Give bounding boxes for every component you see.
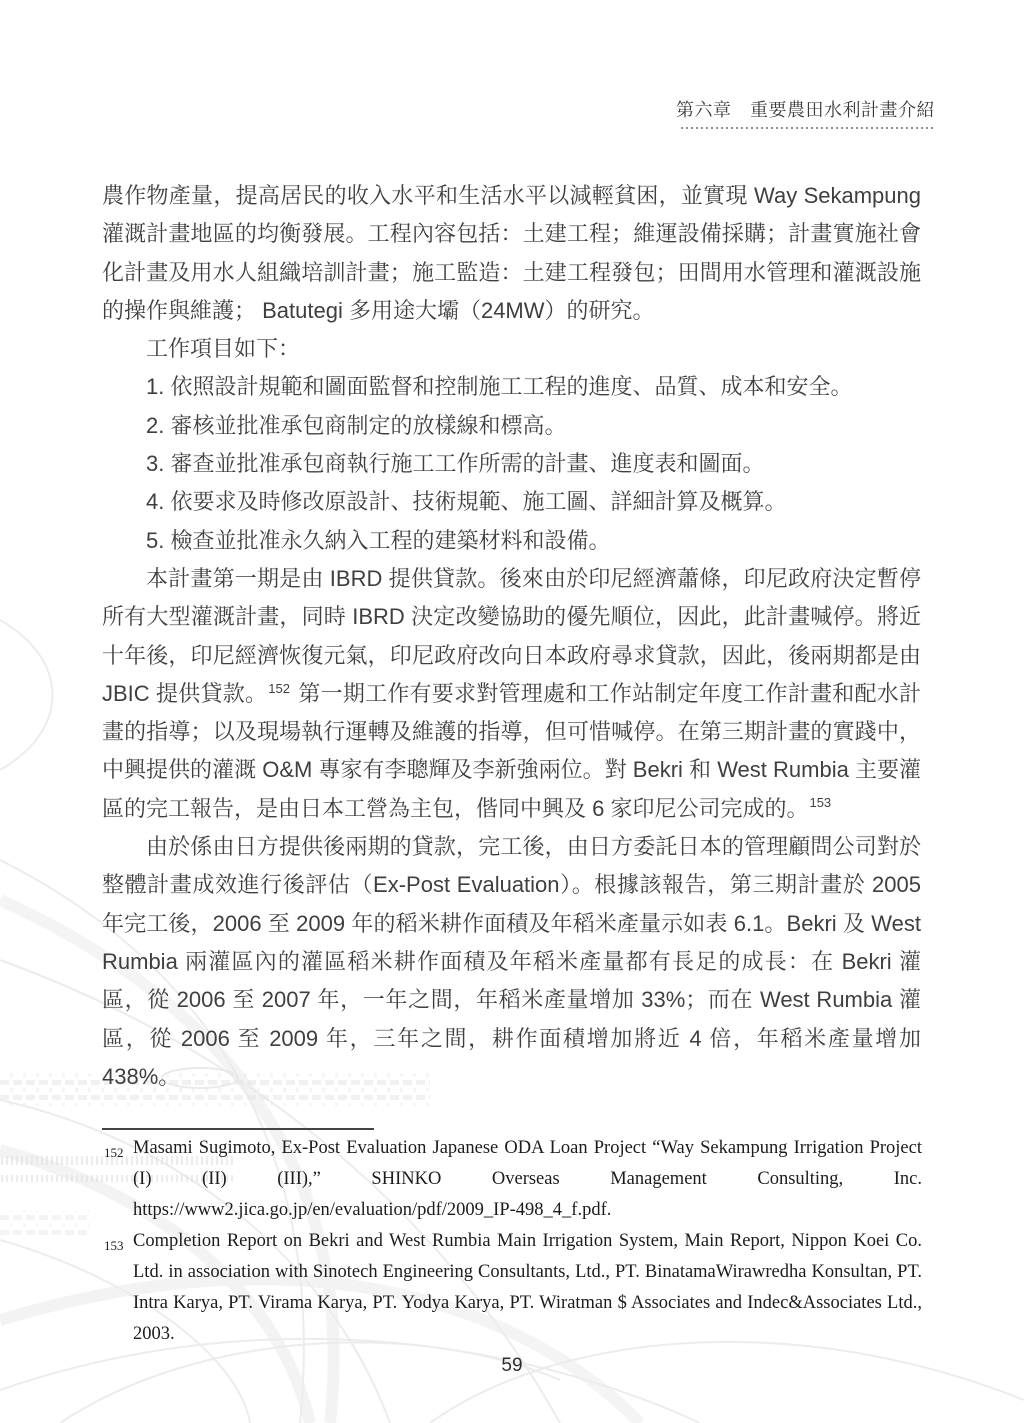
body-paragraph: 2. 審核並批准承包商制定的放樣線和標高。 bbox=[102, 407, 921, 445]
body-paragraph: 由於係由日方提供後兩期的貸款，完工後，由日方委託日本的管理顧問公司對於整體計畫成… bbox=[102, 828, 921, 1096]
footnote-marker: 153 bbox=[104, 1230, 124, 1261]
body-paragraph: 1. 依照設計規範和圖面監督和控制施工工程的進度、品質、成本和安全。 bbox=[102, 368, 921, 406]
footnote-text: Masami Sugimoto, Ex-Post Evaluation Japa… bbox=[133, 1138, 922, 1220]
header-divider bbox=[681, 127, 935, 129]
footnote: 153Completion Report on Bekri and West R… bbox=[102, 1226, 922, 1350]
body-paragraph: 本計畫第一期是由 IBRD 提供貸款。後來由於印尼經濟蕭條，印尼政府決定暫停所有… bbox=[102, 560, 921, 828]
footnote-ref: 152 bbox=[268, 681, 290, 696]
document-page: 第六章 重要農田水利計畫介紹 農作物產量，提高居民的收入水平和生活水平以減輕貧困… bbox=[0, 0, 1024, 1423]
footnotes: 152Masami Sugimoto, Ex-Post Evaluation J… bbox=[102, 1133, 922, 1350]
footnote: 152Masami Sugimoto, Ex-Post Evaluation J… bbox=[102, 1133, 922, 1226]
body-paragraph: 3. 審查並批准承包商執行施工工作所需的計畫、進度表和圖面。 bbox=[102, 445, 921, 483]
footnote-divider bbox=[102, 1128, 374, 1130]
footnote-ref: 153 bbox=[809, 795, 831, 810]
footnote-marker: 152 bbox=[104, 1137, 124, 1168]
body-paragraph: 4. 依要求及時修改原設計、技術規範、施工圖、詳細計算及概算。 bbox=[102, 483, 921, 521]
body-paragraph: 5. 檢查並批准永久納入工程的建築材料和設備。 bbox=[102, 522, 921, 560]
page-number: 59 bbox=[0, 1355, 1024, 1377]
footnote-text: Completion Report on Bekri and West Rumb… bbox=[133, 1231, 922, 1344]
body-paragraph: 農作物產量，提高居民的收入水平和生活水平以減輕貧困，並實現 Way Sekamp… bbox=[102, 177, 921, 330]
running-header: 第六章 重要農田水利計畫介紹 bbox=[676, 96, 935, 122]
body-text: 農作物產量，提高居民的收入水平和生活水平以減輕貧困，並實現 Way Sekamp… bbox=[102, 177, 921, 1096]
body-paragraph: 工作項目如下： bbox=[102, 330, 921, 368]
